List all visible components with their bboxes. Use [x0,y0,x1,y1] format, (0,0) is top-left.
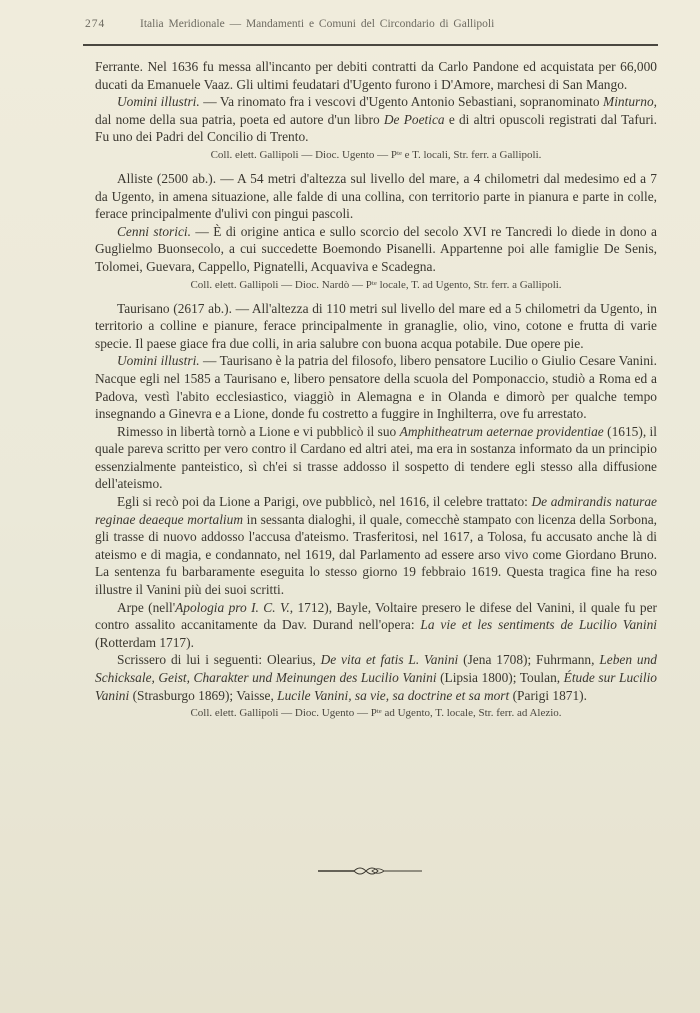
paragraph-taurisano-rimesso: Rimesso in libertà tornò a Lione e vi pu… [95,423,657,493]
entry-taurisano: Taurisano (2617 ab.). — All'altezza di 1… [95,300,657,353]
flourish-ornament-icon [318,866,422,876]
paragraph-taurisano-uomini-illustri: Uomini illustri. — Taurisano è la patria… [95,352,657,422]
page-body: Ferrante. Nel 1636 fu messa all'incanto … [95,58,657,728]
collegio-line-alliste: Coll. elett. Gallipoli — Dioc. Nardò — P… [95,277,657,293]
entry-alliste: Alliste (2500 ab.). — A 54 metri d'altez… [95,170,657,223]
paragraph-taurisano-scrissero: Scrissero di lui i seguenti: Olearius, D… [95,651,657,704]
section-label: Uomini illustri. [117,94,200,109]
paragraph-ugento-history: Ferrante. Nel 1636 fu messa all'incanto … [95,58,657,93]
running-title: Italia Meridionale — Mandamenti e Comuni… [140,18,658,30]
section-label: Cenni storici. [117,224,191,239]
collegio-line-ugento: Coll. elett. Gallipoli — Dioc. Ugento — … [95,147,657,163]
running-header: 274 Italia Meridionale — Mandamenti e Co… [85,18,658,30]
paragraph-alliste-cenni-storici: Cenni storici. — È di origine antica e s… [95,223,657,276]
section-label: Uomini illustri. [117,353,200,368]
paragraph-taurisano-egli: Egli si recò poi da Lione a Parigi, ove … [95,493,657,599]
header-rule [83,44,658,46]
collegio-line-taurisano: Coll. elett. Gallipoli — Dioc. Ugento — … [95,705,657,721]
page-number: 274 [85,18,140,30]
paragraph-taurisano-arpe: Arpe (nell'Apologia pro I. C. V., 1712),… [95,599,657,652]
paragraph-ugento-uomini-illustri: Uomini illustri. — Va rinomato fra i ves… [95,93,657,146]
